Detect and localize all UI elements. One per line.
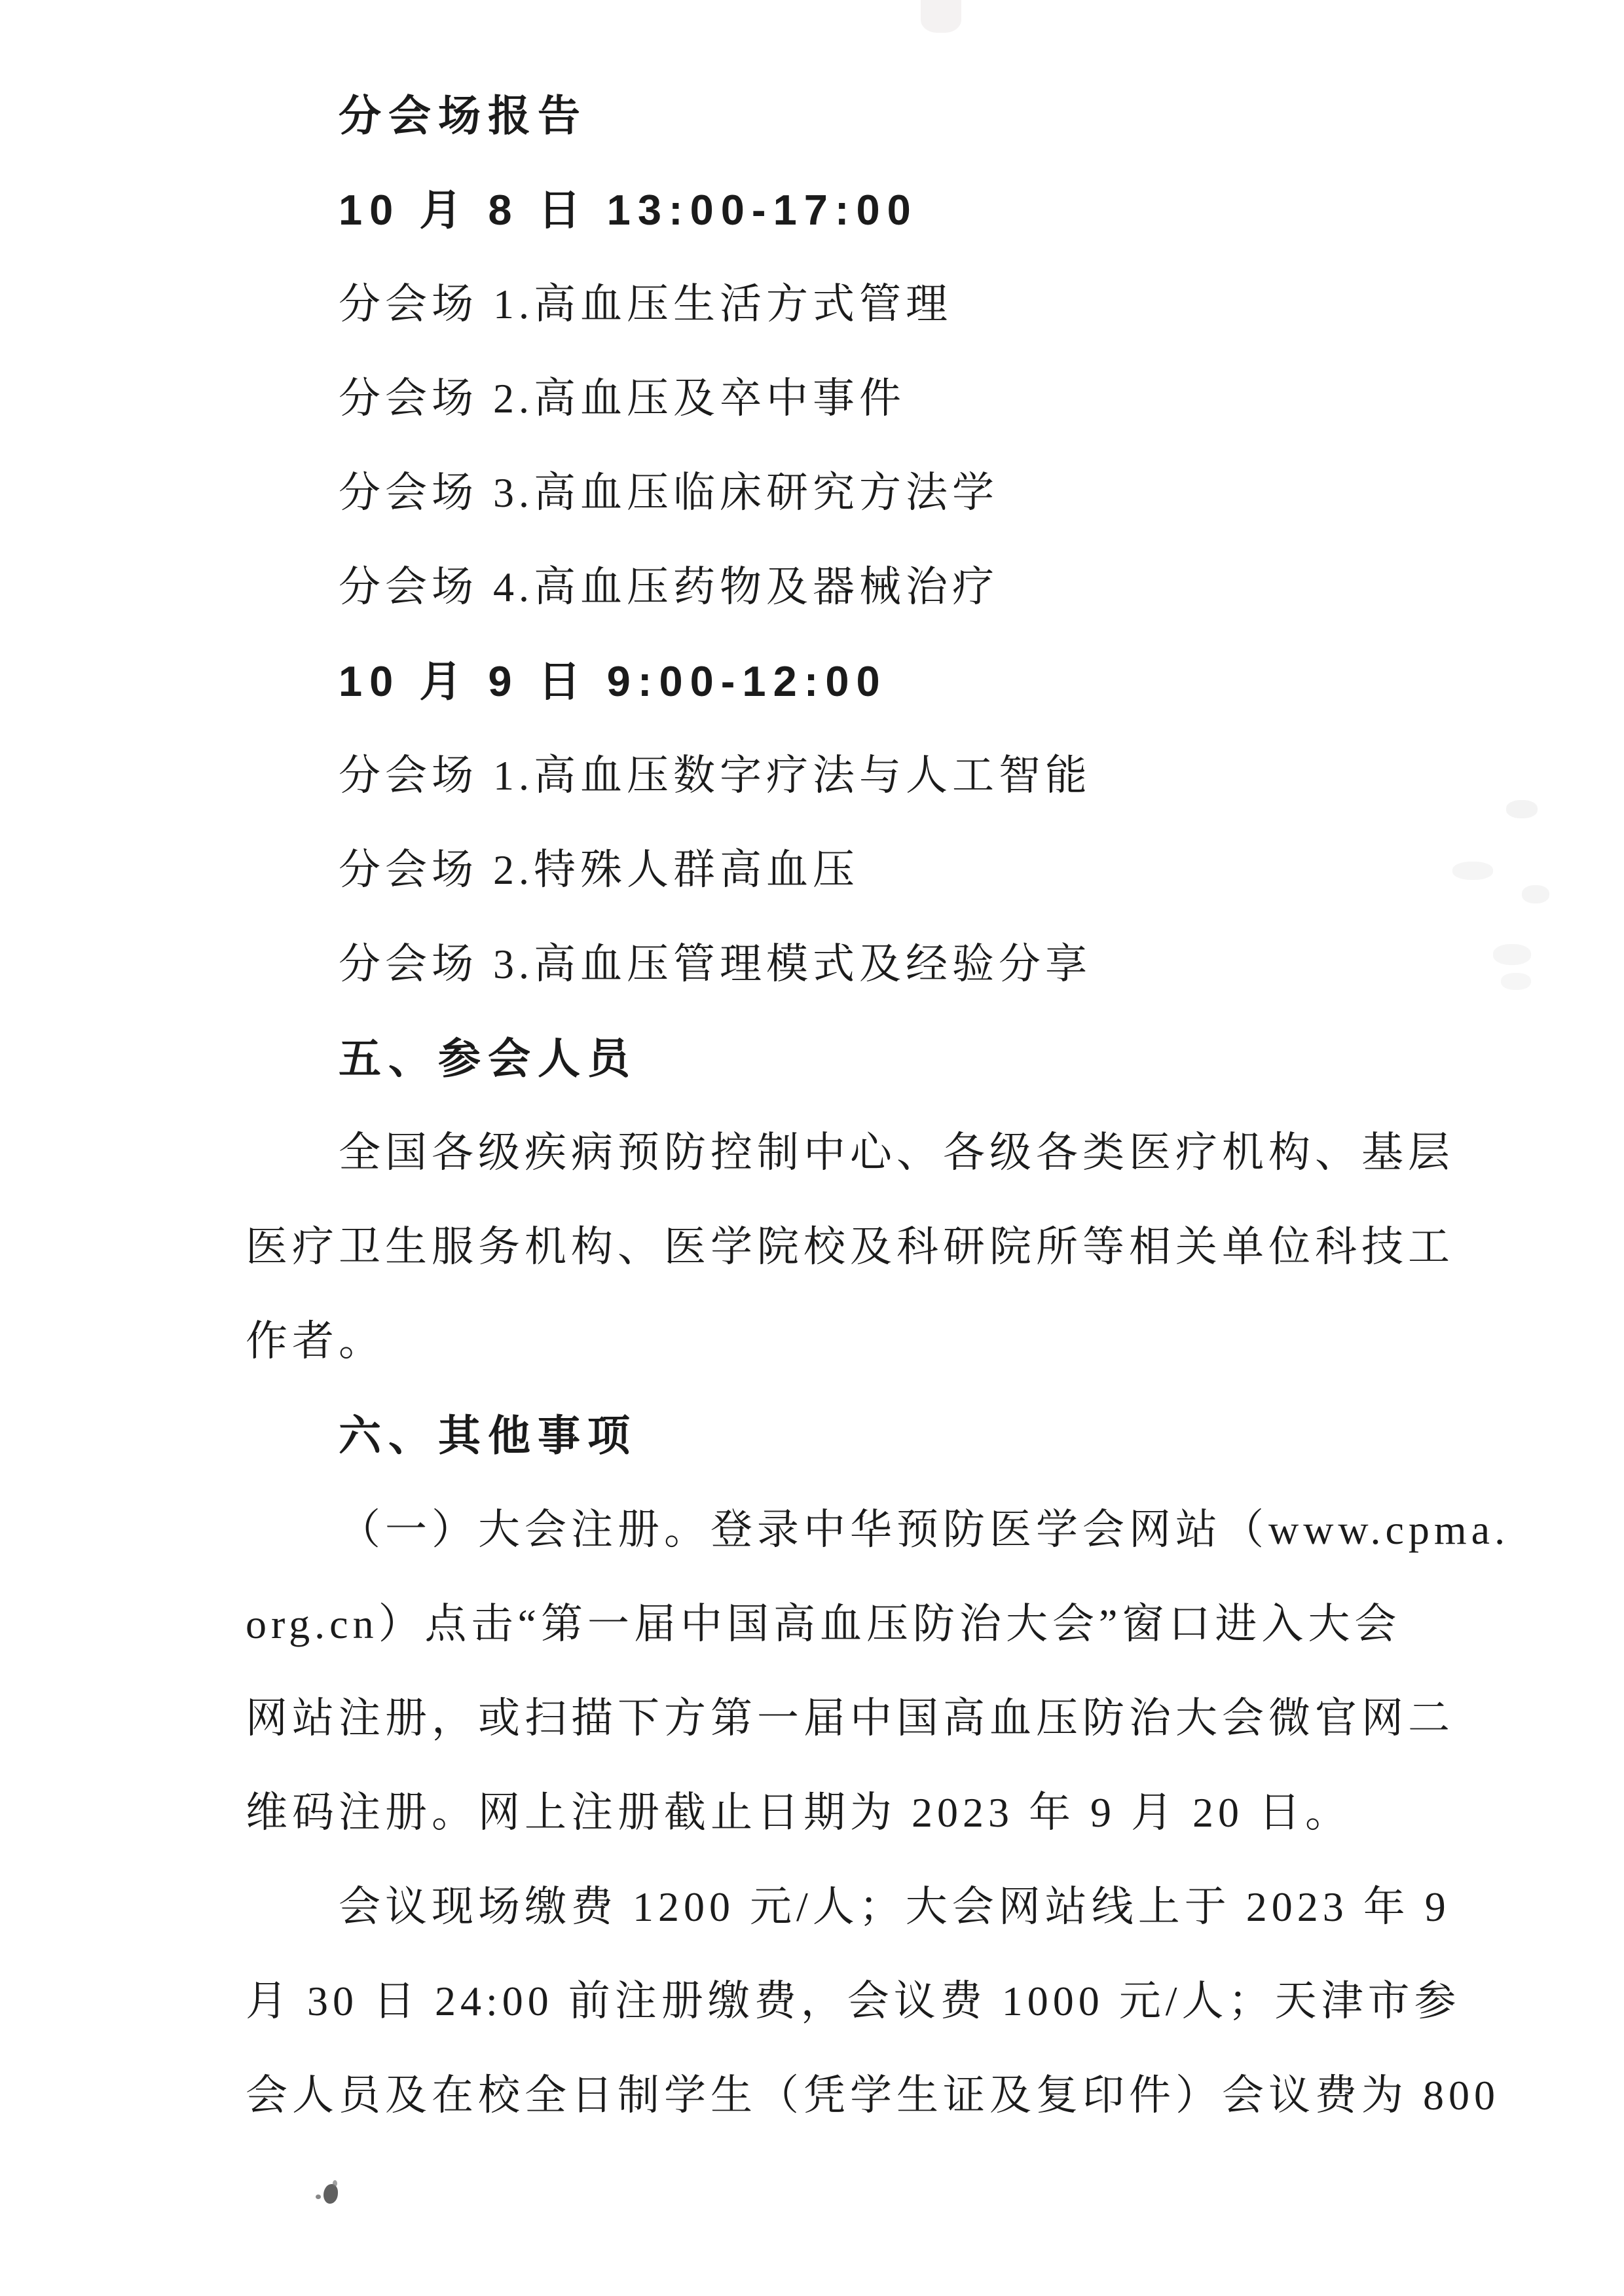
document-line-4: 分会场 2.高血压及卒中事件 — [246, 352, 1516, 446]
document-line-3: 分会场 1.高血压生活方式管理 — [246, 257, 1516, 352]
document-line-11: 五、参会人员 — [246, 1011, 1516, 1106]
document-line-12: 全国各级疾病预防控制中心、各级各类医疗机构、基层 — [246, 1106, 1516, 1200]
side-smudge-2 — [1452, 862, 1493, 880]
scanned-document-page: 分会场报告10 月 8 日 13:00-17:00分会场 1.高血压生活方式管理… — [0, 0, 1624, 2296]
document-line-9: 分会场 2.特殊人群高血压 — [246, 823, 1516, 917]
side-smudge-5 — [1501, 973, 1531, 990]
document-line-19: 维码注册。网上注册截止日期为 2023 年 9 月 20 日。 — [246, 1766, 1516, 1860]
side-smudge-1 — [1506, 800, 1538, 818]
document-line-14: 作者。 — [246, 1294, 1516, 1389]
document-line-15: 六、其他事项 — [246, 1389, 1516, 1483]
document-body: 分会场报告10 月 8 日 13:00-17:00分会场 1.高血压生活方式管理… — [246, 69, 1516, 2143]
document-line-6: 分会场 4.高血压药物及器械治疗 — [246, 540, 1516, 634]
document-line-13: 医疗卫生服务机构、医学院校及科研院所等相关单位科技工 — [246, 1200, 1516, 1294]
document-line-1: 分会场报告 — [246, 69, 1516, 163]
ink-speck-1 — [316, 2195, 321, 2199]
document-line-22: 会人员及在校全日制学生（凭学生证及复印件）会议费为 800 — [246, 2049, 1516, 2143]
document-line-2: 10 月 8 日 13:00-17:00 — [246, 163, 1516, 257]
document-line-20: 会议现场缴费 1200 元/人；大会网站线上于 2023 年 9 — [246, 1860, 1516, 1954]
ink-speck-2 — [333, 2180, 337, 2187]
side-smudge-4 — [1493, 944, 1531, 965]
document-line-21: 月 30 日 24:00 前注册缴费，会议费 1000 元/人；天津市参 — [246, 1954, 1516, 2049]
document-line-10: 分会场 3.高血压管理模式及经验分享 — [246, 917, 1516, 1011]
ink-blot — [323, 2184, 338, 2204]
top-smudge — [921, 0, 961, 33]
document-line-17: org.cn）点击“第一届中国高血压防治大会”窗口进入大会 — [246, 1577, 1516, 1671]
document-line-5: 分会场 3.高血压临床研究方法学 — [246, 446, 1516, 540]
document-line-16: （一）大会注册。登录中华预防医学会网站（www.cpma. — [246, 1483, 1516, 1577]
document-line-18: 网站注册，或扫描下方第一届中国高血压防治大会微官网二 — [246, 1671, 1516, 1766]
document-line-7: 10 月 9 日 9:00-12:00 — [246, 634, 1516, 729]
document-line-8: 分会场 1.高血压数字疗法与人工智能 — [246, 729, 1516, 823]
side-smudge-3 — [1522, 885, 1549, 903]
